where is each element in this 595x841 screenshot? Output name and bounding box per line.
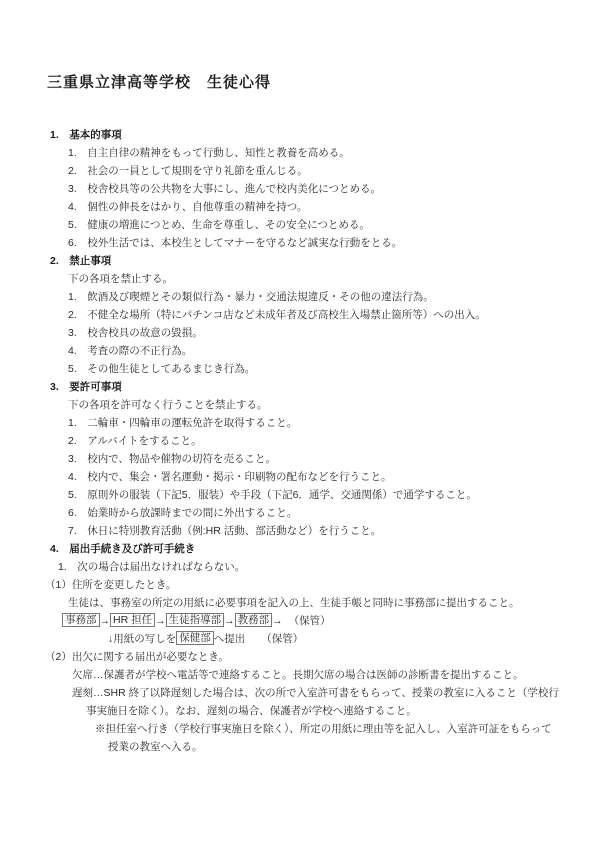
section-3-item-3: 3. 校内で、物品や催物の切符を売ること。 — [68, 450, 595, 468]
section-1-item-2: 2. 社会の一員として規則を守り礼節を重んじる。 — [68, 162, 595, 180]
section-2-item-4: 4. 考査の際の不正行為。 — [68, 342, 595, 360]
section-3-item-1: 1. 二輪車・四輪車の運転免許を取得すること。 — [68, 414, 595, 432]
flow-box-seitoshidoubu: 生徒指導部 — [166, 613, 225, 627]
tardiness-note-line-1: ※担任室へ行き（学校行事実施日を除く）、所定の用紙に理由等を記入し、入室許可証を… — [95, 720, 595, 738]
flow-box-jimubu: 事務部 — [62, 613, 100, 627]
section-4-heading: 4. 届出手続き及び許可手続き — [50, 540, 595, 558]
case-1-label: （1）住所を変更したとき。 — [45, 576, 595, 594]
document-title: 三重県立津高等学校 生徒心得 — [47, 73, 595, 93]
section-1-item-6: 6. 校外生活では、本校生としてマナーを守るなど誠実な行動をとる。 — [68, 234, 595, 252]
flow-arrow-icon: → — [100, 615, 111, 627]
flow-box-kyoumubu: 教務部 — [235, 613, 273, 627]
case-1-note: 生徒は、事務室の所定の用紙に必要事項を記入の上、生徒手帳と同時に事務部に提出する… — [68, 594, 595, 612]
flow-copy-prefix: ↓用紙の写しを — [108, 633, 176, 645]
section-1-item-1: 1. 自主自律の精神をもって行動し、知性と教養を高める。 — [68, 144, 595, 162]
absence-rule: 欠席…保護者が学校へ電話等で連絡すること。長期欠席の場合は医師の診断書を提出する… — [72, 666, 595, 684]
submission-flow-line-2: ↓用紙の写しを保健部へ提出（保管） — [108, 630, 595, 648]
section-3-item-2: 2. アルバイトをすること。 — [68, 432, 595, 450]
section-4-item-1: 1. 次の場合は届出なければならない。 — [58, 558, 595, 576]
section-2-heading: 2. 禁止事項 — [50, 252, 595, 270]
section-1-heading: 1. 基本的事項 — [50, 126, 595, 144]
section-2-intro: 下の各項を禁止する。 — [68, 270, 595, 288]
case-2-label: （2）出欠に関する届出が必要なとき。 — [45, 648, 595, 666]
section-2-item-3: 3. 校舎校具の故意の毀損。 — [68, 324, 595, 342]
section-3-intro: 下の各項を許可なく行うことを禁止する。 — [68, 396, 595, 414]
flow-box-hokenbu: 保健部 — [176, 631, 214, 645]
tardiness-rule-line-2: 事実施日を除く）。なお、遅刻の場合、保護者が学校へ連絡すること。 — [86, 702, 595, 720]
section-1-item-3: 3. 校舎校具等の公共物を大事にし、進んで校内美化につとめる。 — [68, 180, 595, 198]
section-3-heading: 3. 要許可事項 — [50, 378, 595, 396]
flow-keep-label: （保管） — [289, 615, 331, 627]
tardiness-rule-line-1: 遅刻…SHR 終了以降遅刻した場合は、次の所で入室許可書をもらって、授業の教室に… — [72, 684, 595, 702]
document-page: 三重県立津高等学校 生徒心得 1. 基本的事項 1. 自主自律の精神をもって行動… — [0, 0, 595, 841]
section-3-item-5: 5. 原則外の服装（下記5．服装）や手段（下記6．通学、交通関係）で通学すること… — [68, 486, 595, 504]
document-body: 1. 基本的事項 1. 自主自律の精神をもって行動し、知性と教養を高める。 2.… — [0, 126, 595, 756]
section-1-item-4: 4. 個性の伸長をはかり、自他尊重の精神を持つ。 — [68, 198, 595, 216]
section-3-item-6: 6. 始業時から放課時までの間に外出すること。 — [68, 504, 595, 522]
tardiness-note-line-2: 授業の教室へ入る。 — [108, 738, 595, 756]
flow-arrow-icon: → — [224, 615, 235, 627]
section-2-item-1: 1. 飲酒及び喫煙とその類似行為・暴力・交通法規違反・その他の違法行為。 — [68, 288, 595, 306]
flow-copy-keep-label: （保管） — [261, 633, 303, 645]
flow-copy-suffix: へ提出 — [214, 633, 246, 645]
section-3-item-7: 7. 休日に特別教育活動（例:HR 活動、部活動など）を行うこと。 — [68, 522, 595, 540]
section-2-item-5: 5. その他生徒としてあるまじき行為。 — [68, 360, 595, 378]
section-2-item-2: 2. 不健全な場所（特にパチンコ店など未成年者及び高校生入場禁止箇所等）への出入… — [68, 306, 595, 324]
flow-box-hr-tannin: HR 担任 — [110, 613, 155, 627]
flow-arrow-icon: → — [272, 615, 283, 627]
flow-arrow-icon: → — [155, 615, 166, 627]
section-1-item-5: 5. 健康の増進につとめ、生命を尊重し、その安全につとめる。 — [68, 216, 595, 234]
submission-flow-line-1: 事務部→HR 担任→生徒指導部→教務部→（保管） — [62, 612, 595, 630]
section-3-item-4: 4. 校内で、集会・署名運動・掲示・印刷物の配布などを行うこと。 — [68, 468, 595, 486]
